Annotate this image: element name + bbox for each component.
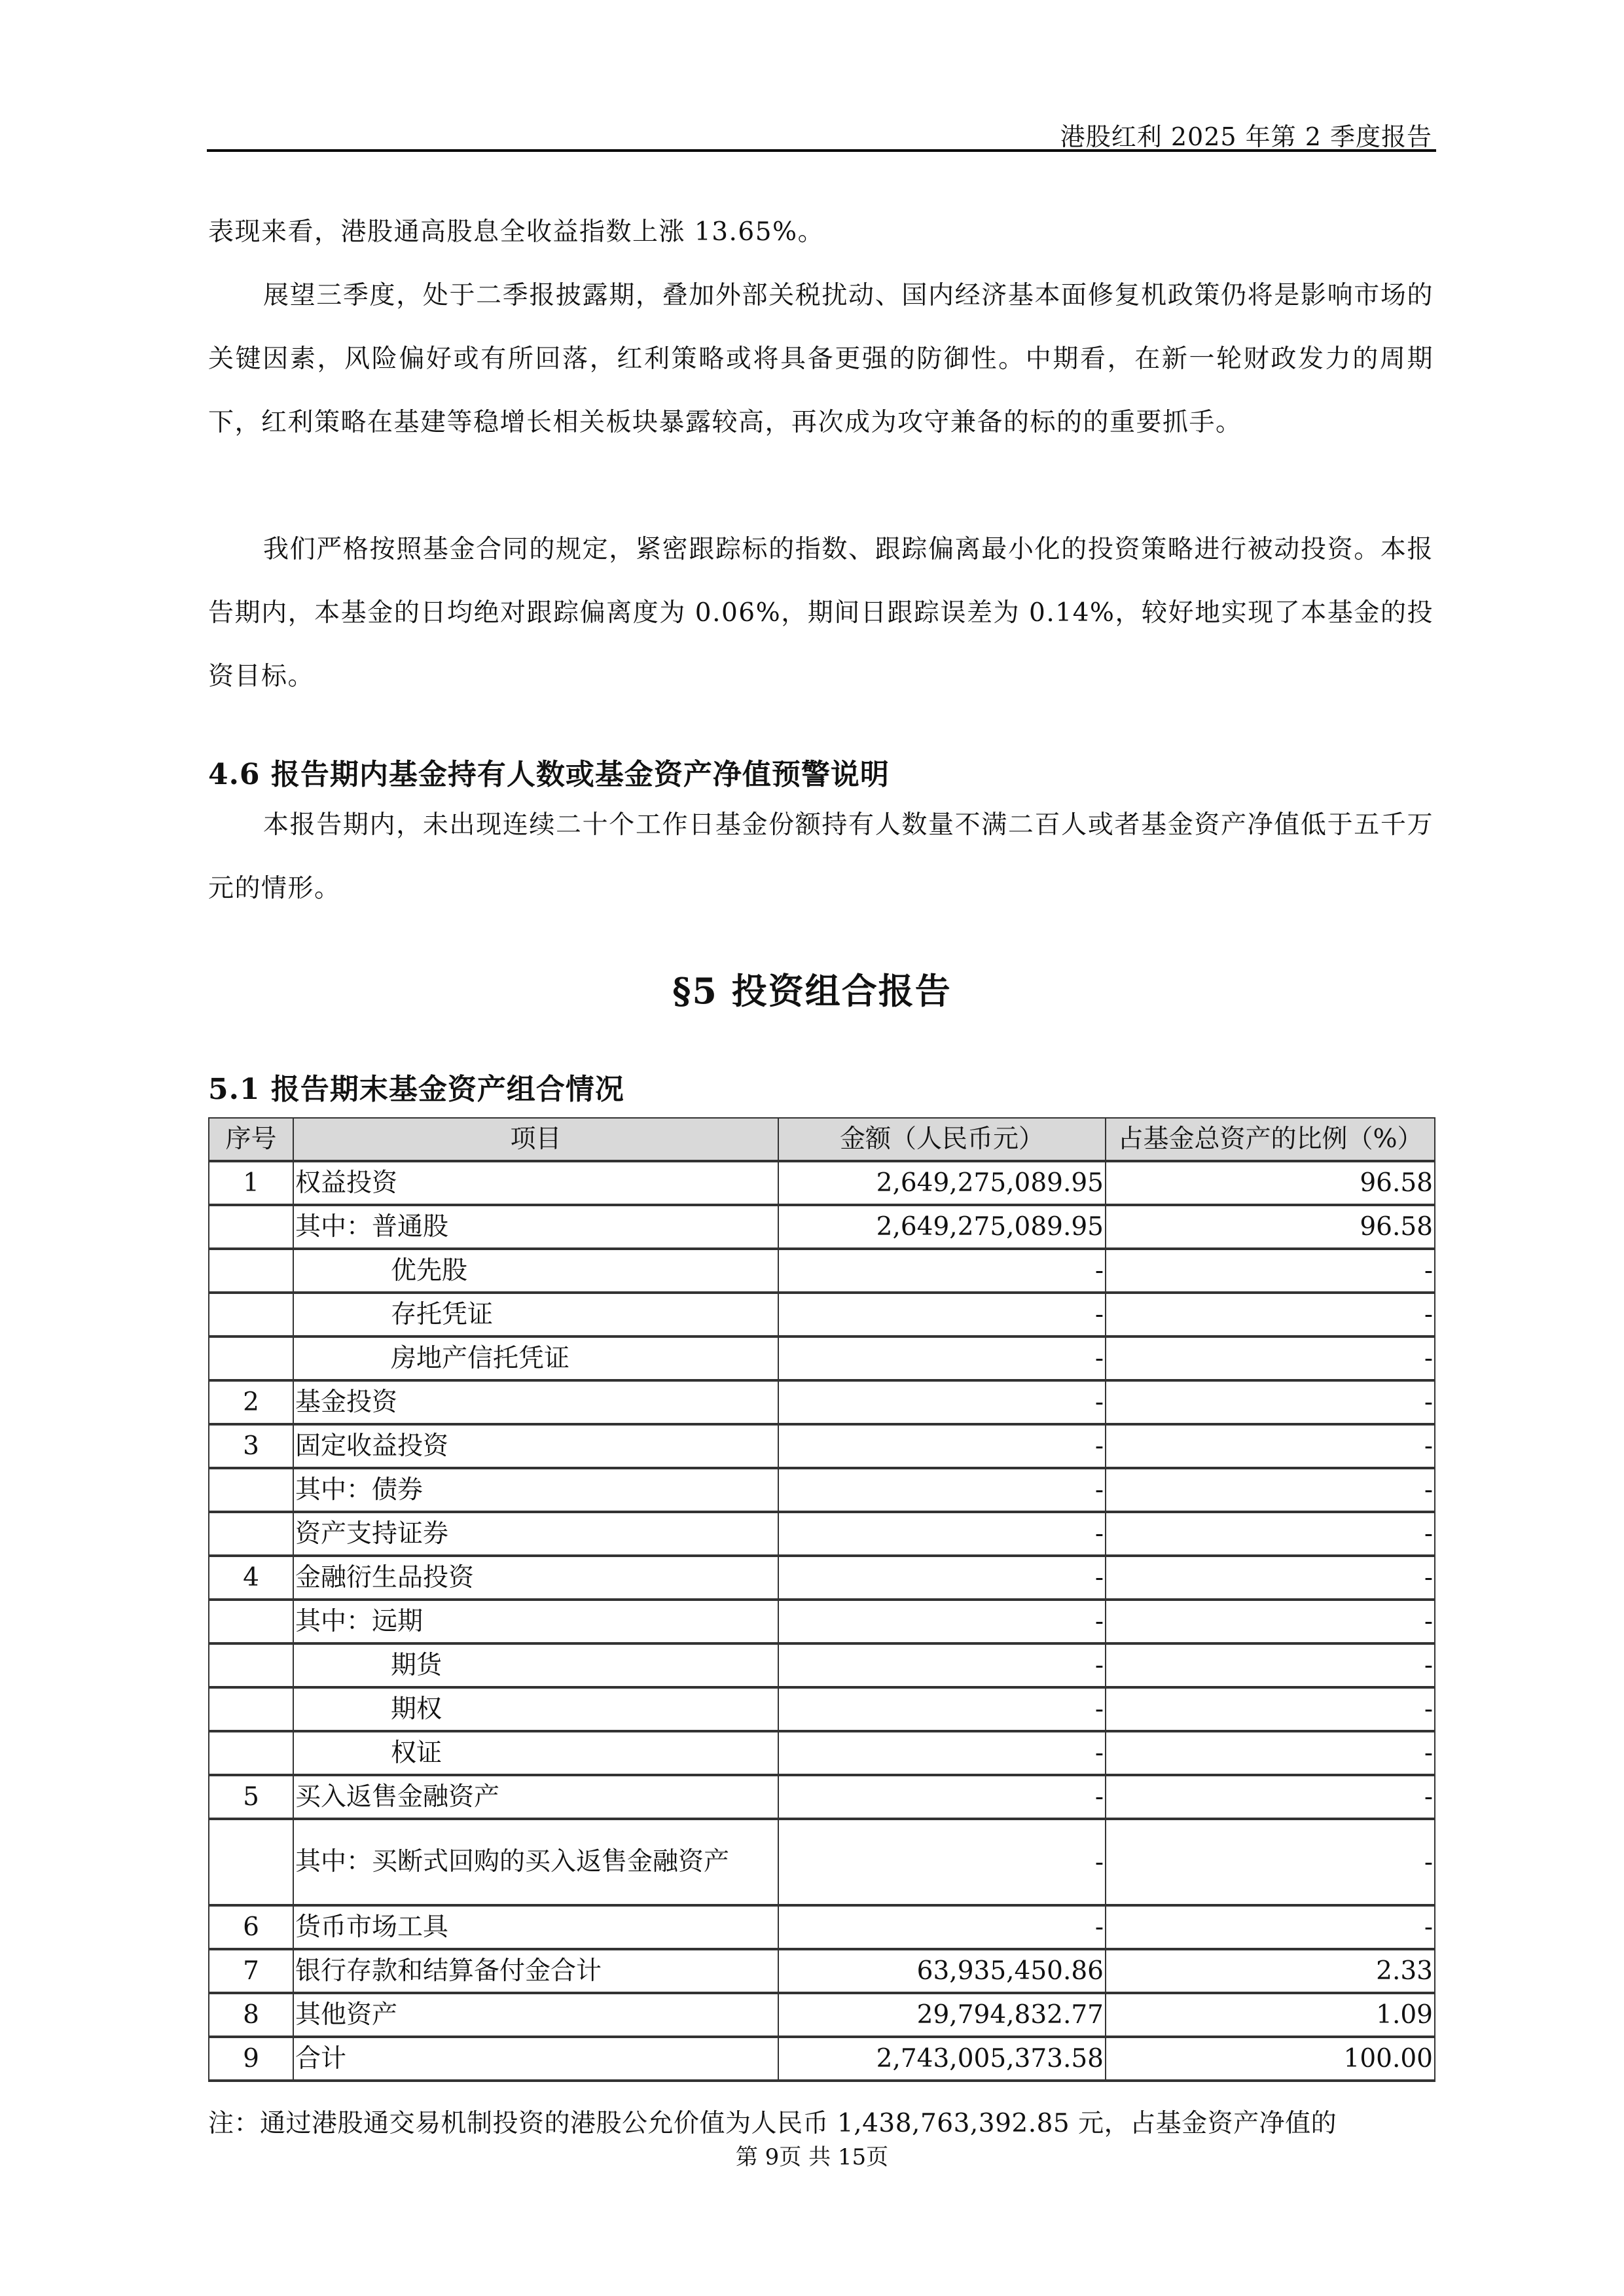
- row-seq: [209, 1731, 293, 1775]
- row-amount: -: [778, 1687, 1106, 1731]
- row-ratio: -: [1106, 1731, 1435, 1775]
- row-ratio: 2.33: [1106, 1949, 1435, 1993]
- row-seq: 6: [209, 1905, 293, 1949]
- row-amount: 63,935,450.86: [778, 1949, 1106, 1993]
- table-row: 优先股 - -: [209, 1249, 1435, 1293]
- row-ratio: -: [1106, 1512, 1435, 1556]
- table-row: 权证 - -: [209, 1731, 1435, 1775]
- table-row: 7 银行存款和结算备付金合计 63,935,450.86 2.33: [209, 1949, 1435, 1993]
- row-item: 期货: [293, 1643, 778, 1687]
- row-amount: -: [778, 1249, 1106, 1293]
- row-ratio: 96.58: [1106, 1161, 1435, 1205]
- row-ratio: -: [1106, 1468, 1435, 1512]
- column-header-amount: 金额（人民币元）: [778, 1118, 1106, 1161]
- row-ratio: -: [1106, 1775, 1435, 1819]
- row-ratio: -: [1106, 1380, 1435, 1424]
- row-ratio: -: [1106, 1819, 1435, 1905]
- row-ratio: -: [1106, 1336, 1435, 1380]
- paragraph-outlook: 展望三季度，处于二季报披露期，叠加外部关税扰动、国内经济基本面修复机政策仍将是影…: [208, 264, 1434, 454]
- row-amount: -: [778, 1380, 1106, 1424]
- row-item: 银行存款和结算备付金合计: [293, 1949, 778, 1993]
- table-row: 1 权益投资 2,649,275,089.95 96.58: [209, 1161, 1435, 1205]
- table-row: 期货 - -: [209, 1643, 1435, 1687]
- row-seq: [209, 1819, 293, 1905]
- row-ratio: -: [1106, 1249, 1435, 1293]
- row-ratio: 1.09: [1106, 1993, 1435, 2037]
- row-item: 权益投资: [293, 1161, 778, 1205]
- table-row: 期权 - -: [209, 1687, 1435, 1731]
- page-number: 第 9页 共 15页: [0, 2139, 1624, 2171]
- row-seq: [209, 1600, 293, 1643]
- section-4-6-body: 本报告期内，未出现连续二十个工作日基金份额持有人数量不满二百人或者基金资产净值低…: [208, 793, 1434, 920]
- row-ratio: -: [1106, 1556, 1435, 1600]
- row-amount: 2,743,005,373.58: [778, 2037, 1106, 2081]
- row-item: 固定收益投资: [293, 1424, 778, 1468]
- row-ratio: 100.00: [1106, 2037, 1435, 2081]
- row-seq: 8: [209, 1993, 293, 2037]
- table-row: 其中：远期 - -: [209, 1600, 1435, 1643]
- row-item: 其中：远期: [293, 1600, 778, 1643]
- section-5-1-heading: 5.1 报告期末基金资产组合情况: [208, 1066, 624, 1107]
- table-row: 房地产信托凭证 - -: [209, 1336, 1435, 1380]
- row-ratio: -: [1106, 1905, 1435, 1949]
- table-row: 6 货币市场工具 - -: [209, 1905, 1435, 1949]
- row-amount: 2,649,275,089.95: [778, 1161, 1106, 1205]
- row-amount: -: [778, 1556, 1106, 1600]
- row-item: 合计: [293, 2037, 778, 2081]
- table-row: 其中：普通股 2,649,275,089.95 96.58: [209, 1205, 1435, 1249]
- row-seq: [209, 1687, 293, 1731]
- row-item: 买入返售金融资产: [293, 1775, 778, 1819]
- row-seq: 7: [209, 1949, 293, 1993]
- row-item: 货币市场工具: [293, 1905, 778, 1949]
- paragraph-tracking: 我们严格按照基金合同的规定，紧密跟踪标的指数、跟踪偏离最小化的投资策略进行被动投…: [208, 518, 1434, 708]
- row-item: 房地产信托凭证: [293, 1336, 778, 1380]
- table-row: 资产支持证券 - -: [209, 1512, 1435, 1556]
- table-header-row: 序号 项目 金额（人民币元） 占基金总资产的比例（%）: [209, 1118, 1435, 1161]
- section-4-6-heading: 4.6 报告期内基金持有人数或基金资产净值预警说明: [208, 751, 890, 793]
- row-amount: -: [778, 1775, 1106, 1819]
- table-row: 其中：买断式回购的买入返售金融资产 - -: [209, 1819, 1435, 1905]
- row-seq: [209, 1249, 293, 1293]
- row-item: 期权: [293, 1687, 778, 1731]
- column-header-item: 项目: [293, 1118, 778, 1161]
- table-footnote: 注：通过港股通交易机制投资的港股公允价值为人民币 1,438,763,392.8…: [208, 2103, 1439, 2140]
- report-header-title: 港股红利 2025 年第 2 季度报告: [1060, 117, 1432, 152]
- row-seq: [209, 1468, 293, 1512]
- table-row: 2 基金投资 - -: [209, 1380, 1435, 1424]
- row-seq: [209, 1205, 293, 1249]
- table-row: 其中：债券 - -: [209, 1468, 1435, 1512]
- row-ratio: -: [1106, 1643, 1435, 1687]
- row-item: 其中：债券: [293, 1468, 778, 1512]
- row-item: 其他资产: [293, 1993, 778, 2037]
- table-row: 3 固定收益投资 - -: [209, 1424, 1435, 1468]
- table-row-total: 9 合计 2,743,005,373.58 100.00: [209, 2037, 1435, 2081]
- row-item: 优先股: [293, 1249, 778, 1293]
- row-ratio: -: [1106, 1687, 1435, 1731]
- row-amount: -: [778, 1336, 1106, 1380]
- table-row: 8 其他资产 29,794,832.77 1.09: [209, 1993, 1435, 2037]
- section-5-title: §5 投资组合报告: [0, 963, 1624, 1014]
- row-amount: 2,649,275,089.95: [778, 1205, 1106, 1249]
- row-amount: -: [778, 1731, 1106, 1775]
- row-seq: [209, 1336, 293, 1380]
- row-ratio: -: [1106, 1600, 1435, 1643]
- row-seq: 2: [209, 1380, 293, 1424]
- row-item: 存托凭证: [293, 1293, 778, 1336]
- row-amount: -: [778, 1600, 1106, 1643]
- column-header-seq: 序号: [209, 1118, 293, 1161]
- table-row: 4 金融衍生品投资 - -: [209, 1556, 1435, 1600]
- row-item: 权证: [293, 1731, 778, 1775]
- row-ratio: -: [1106, 1293, 1435, 1336]
- row-item: 基金投资: [293, 1380, 778, 1424]
- paragraph-index-performance: 表现来看，港股通高股息全收益指数上涨 13.65%。: [208, 200, 1434, 264]
- row-amount: -: [778, 1468, 1106, 1512]
- row-item: 金融衍生品投资: [293, 1556, 778, 1600]
- row-seq: 9: [209, 2037, 293, 2081]
- row-seq: 3: [209, 1424, 293, 1468]
- row-ratio: 96.58: [1106, 1205, 1435, 1249]
- row-amount: -: [778, 1293, 1106, 1336]
- row-amount: -: [778, 1905, 1106, 1949]
- row-seq: [209, 1512, 293, 1556]
- row-amount: -: [778, 1643, 1106, 1687]
- row-ratio: -: [1106, 1424, 1435, 1468]
- row-item: 其中：买断式回购的买入返售金融资产: [293, 1819, 778, 1905]
- asset-allocation-table: 序号 项目 金额（人民币元） 占基金总资产的比例（%） 1 权益投资 2,649…: [208, 1117, 1435, 2082]
- row-amount: -: [778, 1512, 1106, 1556]
- row-seq: 1: [209, 1161, 293, 1205]
- row-seq: 5: [209, 1775, 293, 1819]
- row-seq: [209, 1293, 293, 1336]
- column-header-ratio: 占基金总资产的比例（%）: [1106, 1118, 1435, 1161]
- row-amount: -: [778, 1424, 1106, 1468]
- table-row: 存托凭证 - -: [209, 1293, 1435, 1336]
- row-item: 其中：普通股: [293, 1205, 778, 1249]
- row-seq: 4: [209, 1556, 293, 1600]
- row-item: 资产支持证券: [293, 1512, 778, 1556]
- row-amount: -: [778, 1819, 1106, 1905]
- header-divider: [207, 149, 1436, 152]
- row-seq: [209, 1643, 293, 1687]
- table-row: 5 买入返售金融资产 - -: [209, 1775, 1435, 1819]
- row-amount: 29,794,832.77: [778, 1993, 1106, 2037]
